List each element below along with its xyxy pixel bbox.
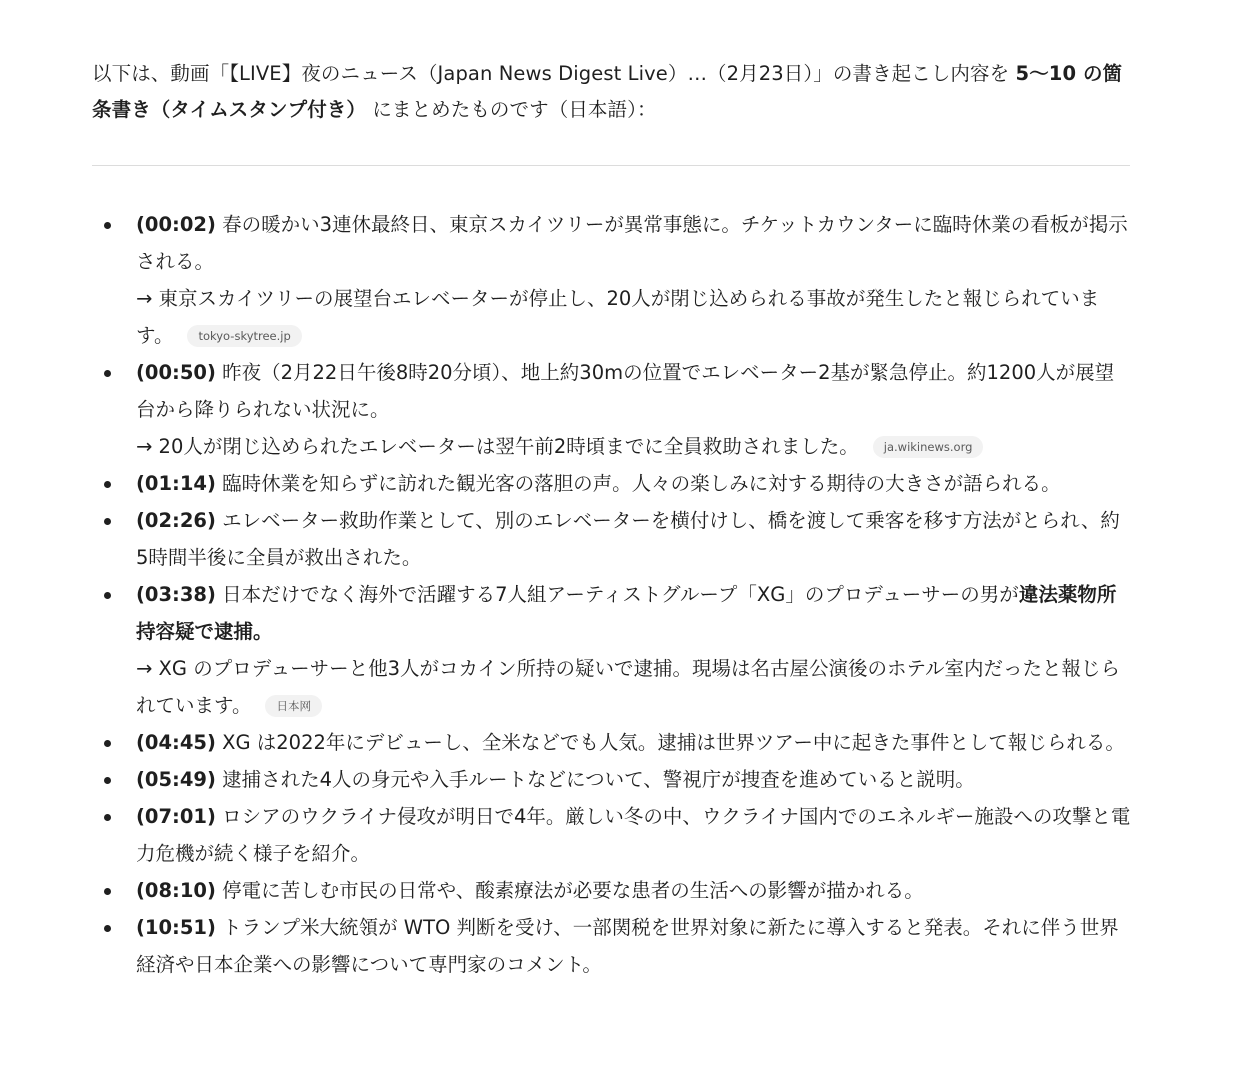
response-content: 以下は、動画「【LIVE】夜のニュース（Japan News Digest Li… xyxy=(92,56,1132,128)
bullet-icon xyxy=(104,370,111,377)
timestamp: (04:45) xyxy=(136,731,216,754)
timestamp: (08:10) xyxy=(136,879,216,902)
item-subline: → 20人が閉じ込められたエレベーターは翌午前2時頃までに全員救助されました。j… xyxy=(136,428,1132,465)
list-item: (00:50) 昨夜（2月22日午後8時20分頃）、地上約30mの位置でエレベー… xyxy=(136,354,1132,465)
item-text: 逮捕された4人の身元や入手ルートなどについて、警視庁が捜査を進めていると説明。 xyxy=(216,768,975,791)
list-item: (04:45) XG は2022年にデビューし、全米などでも人気。逮捕は世界ツア… xyxy=(136,724,1132,761)
list-item: (10:51) トランプ米大統領が WTO 判断を受け、一部関税を世界対象に新た… xyxy=(136,909,1132,983)
timestamp: (05:49) xyxy=(136,768,216,791)
item-sub-text: → 20人が閉じ込められたエレベーターは翌午前2時頃までに全員救助されました。 xyxy=(136,435,859,458)
list-item: (05:49) 逮捕された4人の身元や入手ルートなどについて、警視庁が捜査を進め… xyxy=(136,761,1132,798)
list-item: (02:26) エレベーター救助作業として、別のエレベーターを横付けし、橋を渡し… xyxy=(136,502,1132,576)
bullet-icon xyxy=(104,481,111,488)
bullet-icon xyxy=(104,518,111,525)
timestamp: (00:02) xyxy=(136,213,216,236)
list-item: (01:14) 臨時休業を知らずに訪れた観光客の落胆の声。人々の楽しみに対する期… xyxy=(136,465,1132,502)
bullet-icon xyxy=(104,592,111,599)
intro-paragraph: 以下は、動画「【LIVE】夜のニュース（Japan News Digest Li… xyxy=(92,56,1132,128)
list-item: (07:01) ロシアのウクライナ侵攻が明日で4年。厳しい冬の中、ウクライナ国内… xyxy=(136,798,1132,872)
list-item: (08:10) 停電に苦しむ市民の日常や、酸素療法が必要な患者の生活への影響が描… xyxy=(136,872,1132,909)
list-item: (03:38) 日本だけでなく海外で活躍する7人組アーティストグループ「XG」の… xyxy=(136,576,1132,724)
intro-suffix: にまとめたものです（日本語）： xyxy=(366,98,657,121)
item-text: 昨夜（2月22日午後8時20分頃）、地上約30mの位置でエレベーター2基が緊急停… xyxy=(136,361,1114,421)
timestamp: (00:50) xyxy=(136,361,216,384)
timestamp: (03:38) xyxy=(136,583,216,606)
timestamp: (01:14) xyxy=(136,472,216,495)
source-chip[interactable]: tokyo-skytree.jp xyxy=(187,325,301,347)
source-chip[interactable]: 日本网 xyxy=(265,695,322,717)
item-subline: → 東京スカイツリーの展望台エレベーターが停止し、20人が閉じ込められる事故が発… xyxy=(136,280,1132,354)
item-text: 春の暖かい3連休最終日、東京スカイツリーが異常事態に。チケットカウンターに臨時休… xyxy=(136,213,1128,273)
bullet-icon xyxy=(104,814,111,821)
bullet-icon xyxy=(104,222,111,229)
bullet-icon xyxy=(104,888,111,895)
timestamp: (10:51) xyxy=(136,916,216,939)
item-subline: → XG のプロデューサーと他3人がコカイン所持の疑いで逮捕。現場は名古屋公演後… xyxy=(136,650,1132,724)
list-item: (00:02) 春の暖かい3連休最終日、東京スカイツリーが異常事態に。チケットカ… xyxy=(136,206,1132,354)
item-text: トランプ米大統領が WTO 判断を受け、一部関税を世界対象に新たに導入すると発表… xyxy=(136,916,1119,976)
item-text: 臨時休業を知らずに訪れた観光客の落胆の声。人々の楽しみに対する期待の大きさが語ら… xyxy=(216,472,1061,495)
item-tail: 。 xyxy=(253,620,273,643)
timestamp: (07:01) xyxy=(136,805,216,828)
timestamp: (02:26) xyxy=(136,509,216,532)
bullet-icon xyxy=(104,925,111,932)
item-text: ロシアのウクライナ侵攻が明日で4年。厳しい冬の中、ウクライナ国内でのエネルギー施… xyxy=(136,805,1130,865)
item-text: エレベーター救助作業として、別のエレベーターを横付けし、橋を渡して乗客を移す方法… xyxy=(136,509,1120,569)
divider xyxy=(92,165,1130,166)
item-text: 停電に苦しむ市民の日常や、酸素療法が必要な患者の生活への影響が描かれる。 xyxy=(216,879,924,902)
item-text: 日本だけでなく海外で活躍する7人組アーティストグループ「XG」のプロデューサーの… xyxy=(216,583,1019,606)
intro-prefix: 以下は、動画「【LIVE】夜のニュース（Japan News Digest Li… xyxy=(92,62,1016,85)
item-text: XG は2022年にデビューし、全米などでも人気。逮捕は世界ツアー中に起きた事件… xyxy=(216,731,1125,754)
bullet-icon xyxy=(104,740,111,747)
source-chip[interactable]: ja.wikinews.org xyxy=(873,436,984,458)
bullet-icon xyxy=(104,777,111,784)
summary-list: (00:02) 春の暖かい3連休最終日、東京スカイツリーが異常事態に。チケットカ… xyxy=(136,206,1132,983)
